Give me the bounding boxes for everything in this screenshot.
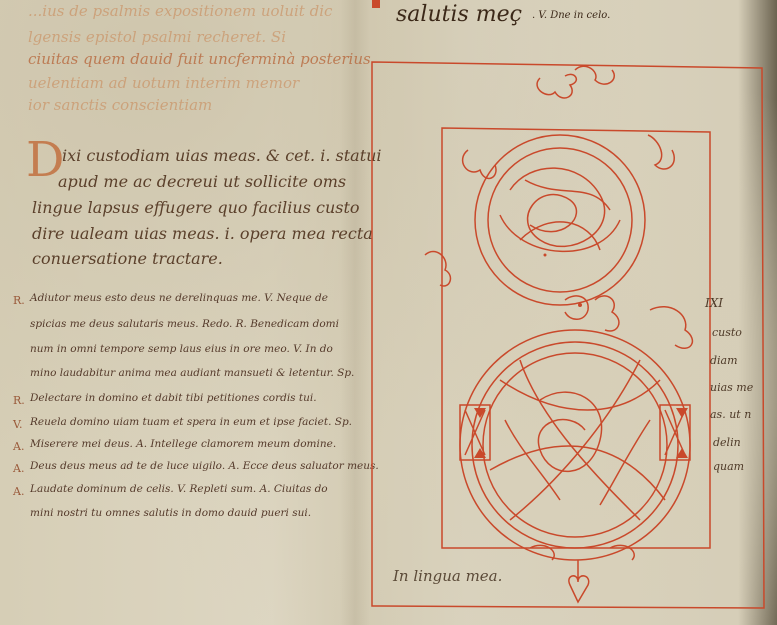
margin-text: quam: [713, 460, 744, 473]
footer-text: In lingua mea.: [393, 567, 502, 585]
margin-text: as. ut n: [710, 408, 751, 421]
margin-text: diam: [710, 354, 738, 367]
margin-text: delin: [713, 436, 741, 449]
margin-text: IXI: [705, 296, 723, 310]
margin-text: uias me: [710, 381, 753, 394]
knotwork-initial-d: [0, 0, 777, 625]
margin-text: custo: [712, 326, 742, 339]
